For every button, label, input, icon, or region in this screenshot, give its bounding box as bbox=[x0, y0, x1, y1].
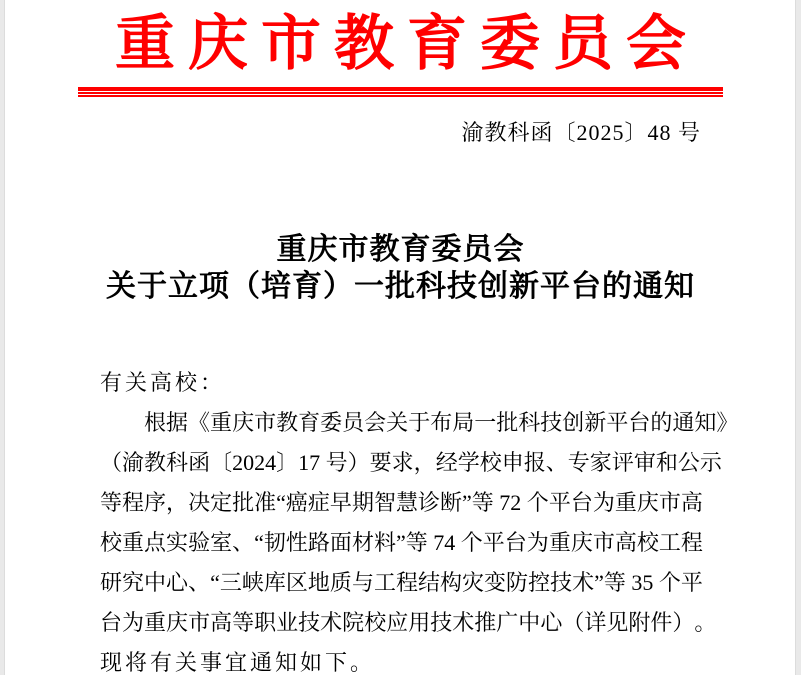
viewer-edge-right bbox=[795, 0, 801, 675]
body-line: 校重点实验室、“韧性路面材料”等 74 个平台为重庆市高校工程 bbox=[100, 523, 701, 563]
document-main: 重庆市教育委员会 关于立项（培育）一批科技创新平台的通知 有关高校：根据《重庆市… bbox=[0, 231, 801, 675]
document-body: 有关高校：根据《重庆市教育委员会关于布局一批科技创新平台的通知》（渝教科函〔20… bbox=[100, 363, 701, 675]
body-line: （渝教科函〔2024〕17 号）要求，经学校申报、专家评审和公示 bbox=[100, 443, 701, 483]
body-line: 台为重庆市高等职业技术院校应用技术推广中心（详见附件）。 bbox=[100, 603, 701, 643]
body-line: 等程序，决定批准“癌症早期智慧诊断”等 72 个平台为重庆市高 bbox=[100, 483, 701, 523]
body-line: 现将有关事宜通知如下。 bbox=[100, 643, 701, 675]
letterhead-rule bbox=[78, 87, 723, 97]
document-title-line2: 关于立项（培育）一批科技创新平台的通知 bbox=[0, 268, 801, 305]
letterhead-title: 重庆市教育委员会 bbox=[0, 0, 801, 80]
viewer-edge-left bbox=[0, 0, 5, 675]
document-number: 渝教科函〔2025〕48 号 bbox=[0, 119, 801, 147]
document-page: 重庆市教育委员会 渝教科函〔2025〕48 号 重庆市教育委员会 关于立项（培育… bbox=[0, 0, 801, 675]
body-line: 研究中心、“三峡库区地质与工程结构灾变防控技术”等 35 个平 bbox=[100, 563, 701, 603]
document-title: 重庆市教育委员会 关于立项（培育）一批科技创新平台的通知 bbox=[0, 231, 801, 305]
body-line: 有关高校： bbox=[100, 363, 701, 403]
body-line: 根据《重庆市教育委员会关于布局一批科技创新平台的通知》 bbox=[100, 403, 701, 443]
letterhead: 重庆市教育委员会 渝教科函〔2025〕48 号 bbox=[0, 0, 801, 147]
document-title-line1: 重庆市教育委员会 bbox=[0, 231, 801, 268]
